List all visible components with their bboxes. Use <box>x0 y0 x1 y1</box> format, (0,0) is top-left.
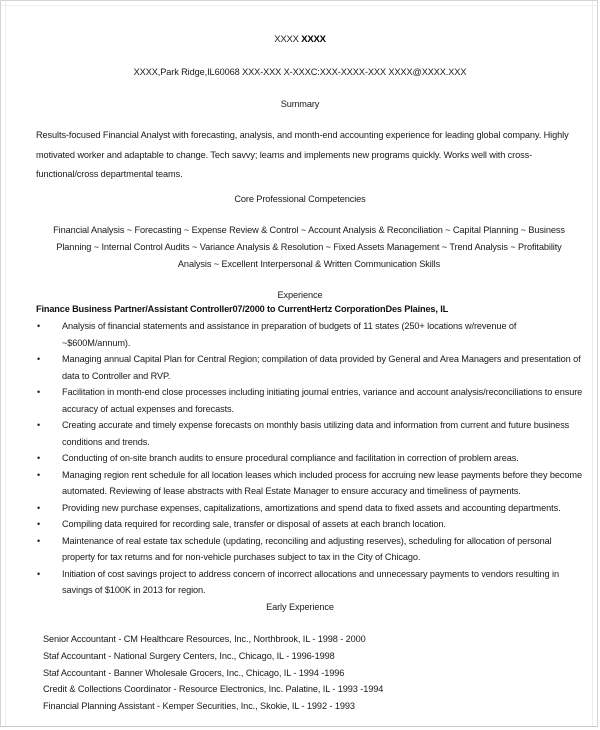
competencies-text: Financial Analysis ~ Forecasting ~ Expen… <box>44 222 574 273</box>
list-item: •Facilitation in month-end close process… <box>36 384 584 417</box>
bullet-icon: • <box>37 417 40 434</box>
list-item: •Managing annual Capital Plan for Centra… <box>36 351 584 384</box>
list-item: •Providing new purchase expenses, capita… <box>36 500 584 517</box>
list-item: •Managing region rent schedule for all l… <box>36 467 584 500</box>
summary-text: Results-focused Financial Analyst with f… <box>36 126 581 185</box>
list-item: •Creating accurate and timely expense fo… <box>36 417 584 450</box>
list-item: •Analysis of financial statements and as… <box>36 318 584 351</box>
list-item: Staf Accountant - Banner Wholesale Groce… <box>43 665 383 682</box>
early-experience-heading: Early Experience <box>0 601 600 613</box>
contact-line: XXXX,Park Ridge,IL60068 XXX-XXX X-XXXC:X… <box>0 66 600 78</box>
experience-bullet-list: •Analysis of financial statements and as… <box>36 318 584 599</box>
list-item: •Conducting of on-site branch audits to … <box>36 450 584 467</box>
bullet-icon: • <box>37 500 40 517</box>
name-last: XXXX <box>301 34 326 45</box>
bullet-icon: • <box>37 516 40 533</box>
list-item: Senior Accountant - CM Healthcare Resour… <box>43 631 383 648</box>
name-first: XXXX <box>274 34 299 45</box>
list-item: •Initiation of cost savings project to a… <box>36 566 584 599</box>
bullet-icon: • <box>37 467 40 484</box>
summary-heading: Summary <box>0 98 600 110</box>
bullet-icon: • <box>37 384 40 401</box>
list-item: •Maintenance of real estate tax schedule… <box>36 533 584 566</box>
list-item: Staf Accountant - National Surgery Cente… <box>43 648 383 665</box>
bullet-icon: • <box>37 351 40 368</box>
list-item: •Compiling data required for recording s… <box>36 516 584 533</box>
bullet-icon: • <box>37 566 40 583</box>
bullet-icon: • <box>37 318 40 335</box>
competencies-heading: Core Professional Competencies <box>0 193 600 205</box>
list-item: Credit & Collections Coordinator - Resou… <box>43 681 383 698</box>
bullet-icon: • <box>37 533 40 550</box>
early-experience-list: Senior Accountant - CM Healthcare Resour… <box>43 631 383 715</box>
experience-heading: Experience <box>0 289 600 301</box>
bullet-icon: • <box>37 450 40 467</box>
page-margin-guide <box>1 5 597 6</box>
list-item: Financial Planning Assistant - Kemper Se… <box>43 698 383 715</box>
job-title: Finance Business Partner/Assistant Contr… <box>36 304 448 314</box>
candidate-name: XXXX XXXX <box>0 34 600 45</box>
